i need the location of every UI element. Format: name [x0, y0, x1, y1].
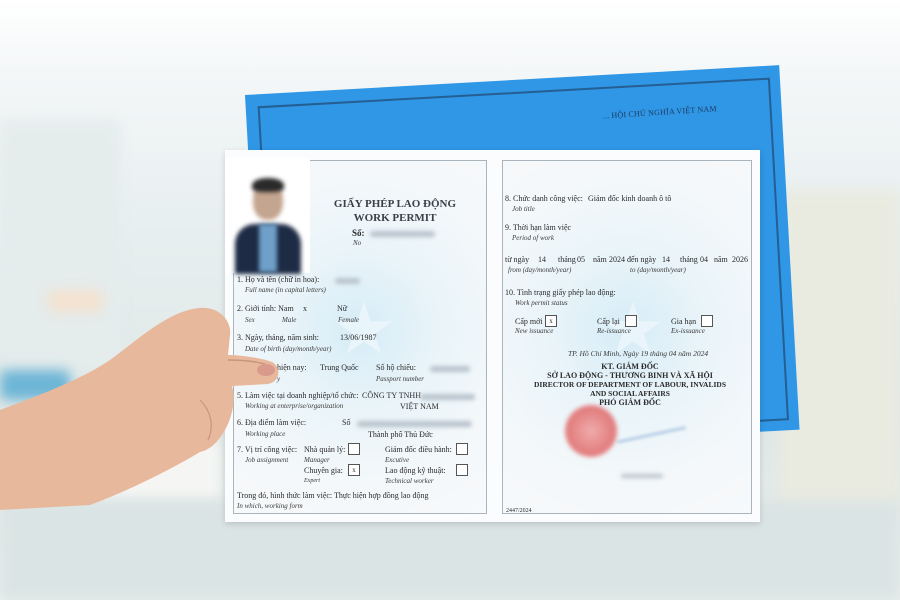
extension-label-en: Ex-issuance — [671, 328, 705, 335]
title-vi: GIẤY PHÉP LAO ĐỘNG — [315, 198, 475, 210]
executive-checkbox — [456, 443, 468, 455]
field-1-label: 1. Họ và tên (chữ in hoa): — [237, 276, 319, 284]
from-month-label: tháng — [558, 256, 576, 264]
technical-label-en: Technical worker — [385, 478, 434, 485]
employer-name-redacted — [420, 394, 475, 400]
signatory-name-redacted — [621, 474, 663, 478]
signatory-line-4: AND SOCIAL AFFAIRS — [520, 390, 740, 398]
employer-value-line2: VIỆT NAM — [400, 403, 439, 411]
signatory-line-2: SỞ LAO ĐỘNG - THƯƠNG BINH VÀ XÃ HỘI — [520, 372, 740, 380]
expert-label: Chuyên gia: — [304, 467, 343, 475]
re-issuance-label: Cấp lại — [597, 318, 620, 326]
field-4-label: hiện nay: — [277, 364, 307, 372]
field-9-label: 9. Thời hạn làm việc — [505, 224, 571, 232]
from-year: 2024 — [609, 256, 625, 264]
technical-label: Lao động kỹ thuật: — [385, 467, 446, 475]
re-issuance-checkbox — [625, 315, 637, 327]
date-of-birth-value: 13/06/1987 — [340, 334, 376, 342]
extension-label: Gia hạn — [671, 318, 696, 326]
hand-holding-document — [0, 300, 280, 510]
signatory-line-1: KT. GIÁM ĐỐC — [520, 363, 740, 371]
number-label: Số: — [352, 229, 365, 238]
manager-label: Nhà quản lý: — [304, 446, 345, 454]
signatory-line-5: PHÓ GIÁM ĐỐC — [520, 399, 740, 407]
nationality-value: Trung Quốc — [320, 364, 359, 372]
job-title-value: Giám đốc kinh doanh ô tô — [588, 195, 671, 203]
to-year: 2026 — [732, 256, 748, 264]
field-8-label-en: Job title — [512, 206, 535, 213]
male-label-en: Male — [282, 317, 296, 324]
to-year-label: năm — [714, 256, 728, 264]
re-issuance-label-en: Re-issuance — [597, 328, 631, 335]
place-and-date: TP. Hồ Chí Minh, Ngày 19 tháng 04 năm 20… — [568, 350, 708, 358]
to-month: 04 — [700, 256, 708, 264]
expert-checkbox: x — [348, 464, 360, 476]
to-day: 14 — [662, 256, 670, 264]
photo-hair — [252, 178, 284, 192]
from-day: 14 — [538, 256, 546, 264]
expert-label-en: Expert — [304, 478, 320, 484]
executive-label-en: Excutive — [385, 457, 409, 464]
passport-label: Số hộ chiếu: — [376, 364, 416, 372]
to-month-label: tháng — [680, 256, 698, 264]
employer-value: CÔNG TY TNHH — [362, 392, 421, 400]
manager-checkbox — [348, 443, 360, 455]
from-label-en: from (day/month/year) — [508, 267, 571, 274]
workplace-value-line2: Thành phố Thủ Đức — [368, 431, 433, 439]
official-red-stamp — [565, 405, 617, 457]
field-8-label: 8. Chức danh công việc: — [505, 195, 583, 203]
period-to-label: đến ngày — [627, 256, 656, 264]
to-label-en: to (day/month/year) — [630, 267, 686, 274]
executive-label: Giám đốc điều hành: — [385, 446, 452, 454]
new-issuance-label: Cấp mới — [515, 318, 543, 326]
workplace-value: Số — [342, 419, 350, 427]
extension-checkbox — [701, 315, 713, 327]
right-page — [502, 160, 752, 514]
number-label-en: No — [353, 240, 361, 247]
field-9-label-en: Period of work — [512, 235, 554, 242]
passport-label-en: Passport number — [376, 376, 424, 383]
from-year-label: năm — [593, 256, 607, 264]
manager-label-en: Manager — [304, 457, 330, 464]
photo-shirt — [259, 224, 277, 272]
male-mark: x — [303, 305, 307, 313]
title-en: WORK PERMIT — [315, 212, 475, 224]
passport-number-redacted — [430, 366, 470, 372]
female-label-en: Female — [338, 317, 359, 324]
signatory-line-3: DIRECTOR OF DEPARTMENT OF LABOUR, INVALI… — [520, 381, 740, 389]
full-name-redacted — [335, 278, 360, 284]
workplace-address-redacted — [357, 421, 472, 427]
serial-number: 2447/2024 — [506, 508, 532, 514]
period-from-label: từ ngày — [505, 256, 529, 264]
from-month: 05 — [577, 256, 585, 264]
new-issuance-label-en: New issuance — [515, 328, 553, 335]
field-1-label-en: Full name (in capital letters) — [245, 287, 326, 294]
female-label: Nữ — [337, 305, 347, 313]
field-10-label-en: Work permit status — [515, 300, 568, 307]
background-cabinet-right — [780, 190, 900, 510]
holder-photo — [225, 158, 310, 273]
new-issuance-checkbox: x — [545, 315, 557, 327]
technical-checkbox — [456, 464, 468, 476]
permit-number-redacted — [370, 231, 435, 237]
field-10-label: 10. Tình trạng giấy phép lao động: — [505, 289, 616, 297]
